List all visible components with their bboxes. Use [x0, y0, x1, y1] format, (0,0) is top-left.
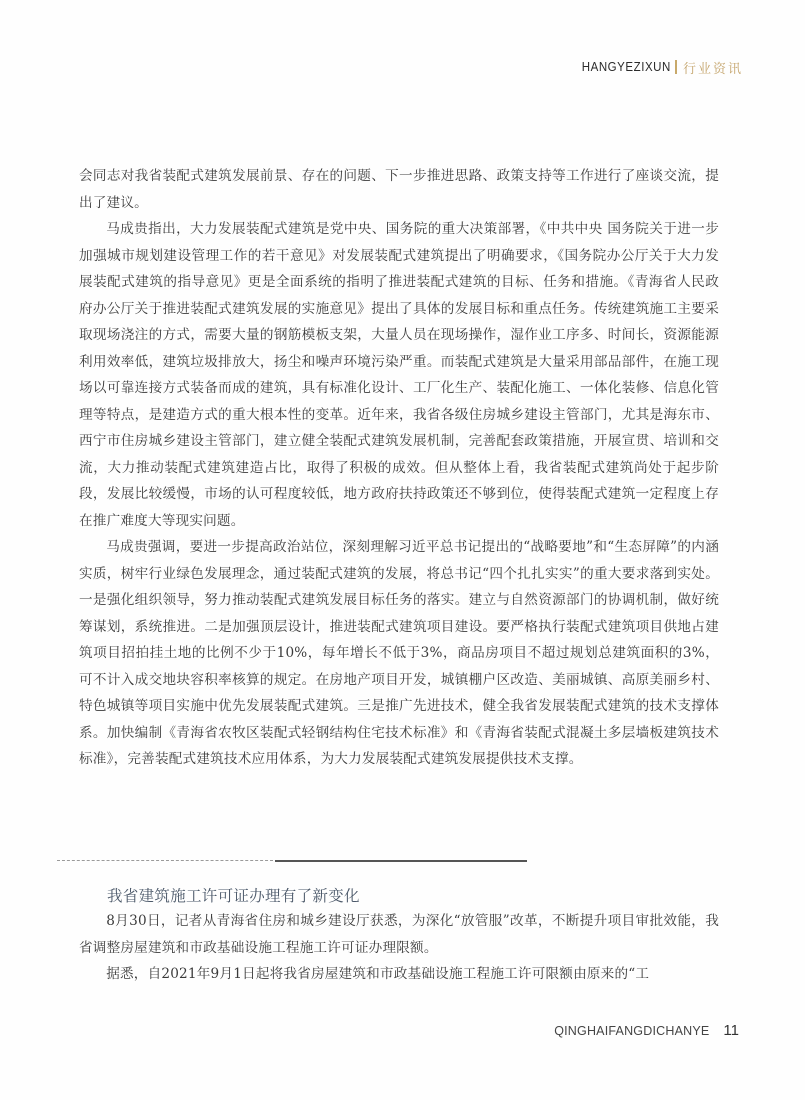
divider-dashed-line: [57, 860, 273, 861]
section-name-cn: 行业资讯: [683, 58, 743, 77]
magazine-name: QINGHAIFANGDICHANYE: [554, 1024, 709, 1038]
section-name-en: HANGYEZIXUN: [582, 60, 671, 74]
paragraph: 马成贵强调，要进一步提高政治站位，深刻理解习近平总书记提出的“战略要地”和“生态…: [79, 534, 719, 773]
running-footer: QINGHAIFANGDICHANYE 11: [554, 1022, 739, 1039]
page-number: 11: [723, 1022, 739, 1039]
article-body-2: 8月30日，记者从青海省住房和城乡建设厅获悉，为深化“放管服”改革，不断提升项目…: [79, 908, 719, 988]
header-divider-bar: [675, 60, 677, 74]
paragraph: 马成贵指出，大力发展装配式建筑是党中央、国务院的重大决策部署，《中共中央 国务院…: [79, 216, 719, 534]
paragraph: 据悉，自2021年9月1日起将我省房屋建筑和市政基础设施工程施工许可限额由原来的…: [79, 961, 719, 988]
magazine-page: HANGYEZIXUN 行业资讯 会同志对我省装配式建筑发展前景、存在的问题、下…: [0, 0, 805, 1100]
article-body-1: 会同志对我省装配式建筑发展前景、存在的问题、下一步推进思路、政策支持等工作进行了…: [79, 163, 719, 773]
paragraph: 8月30日，记者从青海省住房和城乡建设厅获悉，为深化“放管服”改革，不断提升项目…: [79, 908, 719, 961]
running-header: HANGYEZIXUN 行业资讯: [574, 57, 743, 77]
section-divider: [57, 860, 527, 863]
article-title: 我省建筑施工许可证办理有了新变化: [107, 884, 360, 906]
divider-solid-line: [275, 860, 527, 863]
paragraph: 会同志对我省装配式建筑发展前景、存在的问题、下一步推进思路、政策支持等工作进行了…: [79, 163, 719, 216]
